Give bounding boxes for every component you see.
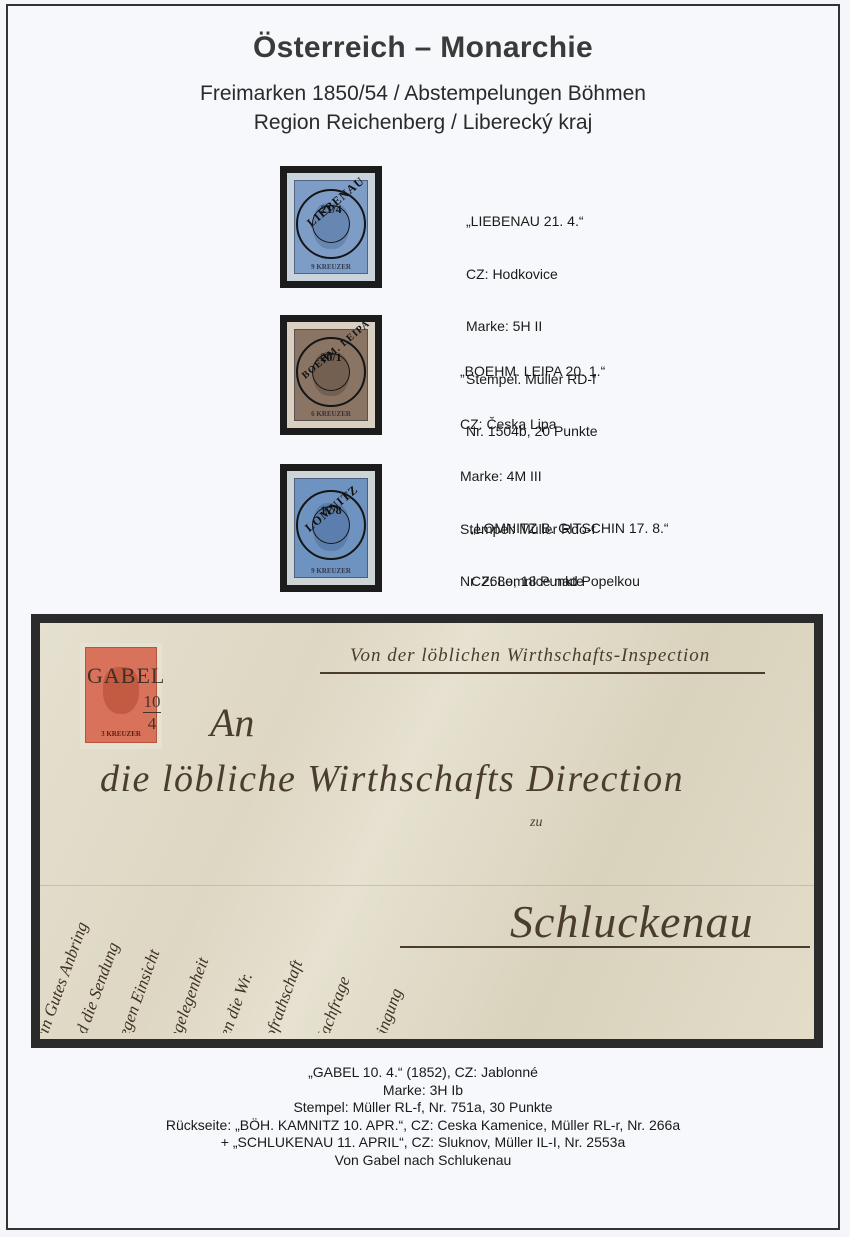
postmark-label: „BOEHM. LEIPA 20. 1.“ [460,363,605,381]
stamp-denomination: 6 KREUZER [287,410,375,418]
postmark-circle: BOEHM. LEIPA 20/1 [296,337,366,407]
postmark-label: „LOMNITZ B. GITSCHIN 17. 8.“ [471,520,669,538]
czech-name: CZ: Česka Lipa [460,416,605,434]
stamp-mount-lomnitz: 9 KREUZER LOMNITZ 17/8 [280,464,382,592]
postmark-month: 4 [143,715,161,732]
postmark-town: GABEL [87,663,165,689]
cover-backside-line-2: + „SCHLUKENAU 11. APRIL“, CZ: Sluknov, M… [8,1134,838,1152]
page-region: Region Reichenberg / Liberecký kraj [8,111,838,135]
page-title: Österreich – Monarchie [8,31,838,65]
postmark-date: 20/1 [298,352,364,363]
postmark-circle: LIEBENAU 21/4 [296,189,366,259]
cover-stamp-type: Marke: 3H Ib [8,1082,838,1100]
cover-description: „GABEL 10. 4.“ (1852), CZ: Jablonné Mark… [8,1064,838,1169]
postmark-circle: LOMNITZ 17/8 [296,490,366,560]
stamp-mount-liebenau: 9 KREUZER LIEBENAU 21/4 [280,166,382,288]
handwritten-an: An [210,699,254,746]
cover-cancel-type: Stempel: Müller RL-f, Nr. 751a, 30 Punkt… [8,1099,838,1117]
postmark-day: 10 [143,693,161,710]
handwritten-addressee: die löbliche Wirthschafts Direction [100,757,684,801]
album-page: Österreich – Monarchie Freimarken 1850/5… [6,4,840,1230]
handwritten-margin-notes: ein Gutes Anbring und die Sendung gegen … [40,873,480,1033]
postmark-date: 10 4 [143,693,161,732]
postmark-date: 21/4 [298,204,364,215]
stamp-denomination: 9 KREUZER [287,263,375,271]
stamp-boehm-leipa: 6 KREUZER BOEHM. LEIPA 20/1 [287,322,375,428]
underline [320,672,765,674]
handwritten-destination: Schluckenau [510,895,753,948]
stamp-type: Marke: 4M III [460,468,605,486]
postmark-label: „LIEBENAU 21. 4.“ [466,213,598,231]
czech-name: CZ: Lomnice nad Popelkou [471,573,669,591]
czech-name: CZ: Hodkovice [466,266,598,284]
postal-cover: 3 KREUZER GABEL 10 4 Von der löblichen W… [40,623,814,1039]
stamp-lomnitz: 9 KREUZER LOMNITZ 17/8 [287,471,375,585]
page-subtitle: Freimarken 1850/54 / Abstempelungen Böhm… [8,82,838,106]
handwritten-sender-note: Von der löblichen Wirthschafts-Inspectio… [350,645,710,667]
postmark-date: 17/8 [298,505,364,516]
cover-route: Von Gabel nach Schlukenau [8,1152,838,1170]
stamp-liebenau: 9 KREUZER LIEBENAU 21/4 [287,173,375,281]
cover-backside-line: Rückseite: „BÖH. KAMNITZ 10. APR.“, CZ: … [8,1117,838,1135]
handwritten-zu: zu [530,815,542,831]
stamp-mount-boehm-leipa: 6 KREUZER BOEHM. LEIPA 20/1 [280,315,382,435]
stamp-denomination: 9 KREUZER [287,567,375,575]
date-divider [143,712,161,713]
cover-postmark-line: „GABEL 10. 4.“ (1852), CZ: Jablonné [8,1064,838,1082]
cover-mount: 3 KREUZER GABEL 10 4 Von der löblichen W… [31,614,823,1048]
